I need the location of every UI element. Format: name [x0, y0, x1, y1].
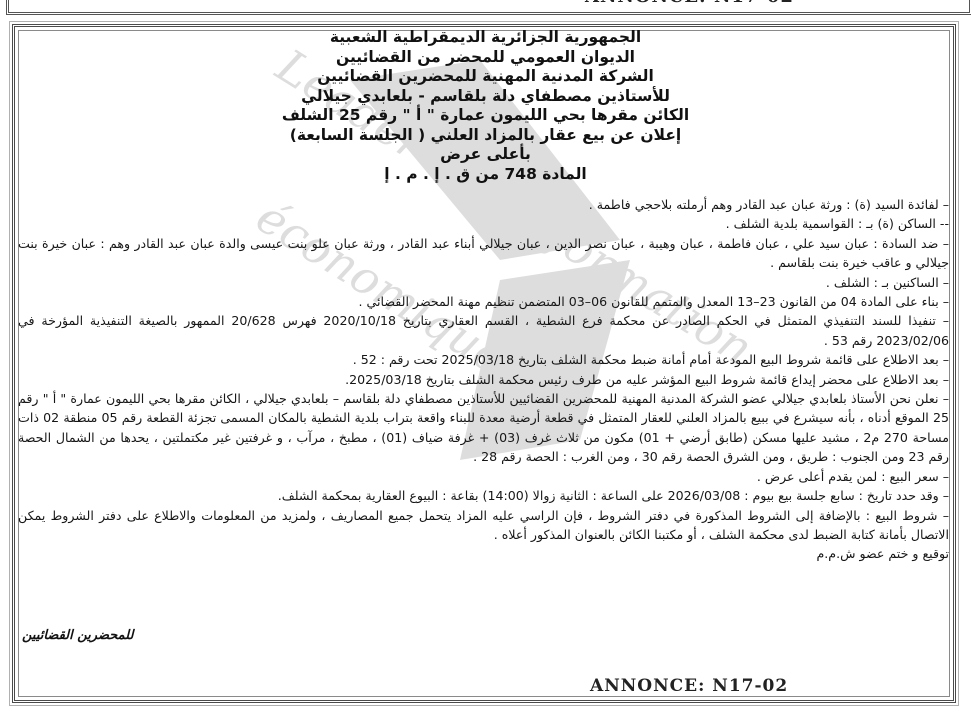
paragraph-beneficiary: – لفائدة السيد (ة) : ورثة عبان عبد القاد…: [18, 195, 949, 214]
footer-announce-number: ANNONCE: N17-02: [582, 676, 796, 696]
paragraph-conditions-list: – بعد الاطلاع على قائمة شروط البيع المود…: [18, 350, 949, 369]
paragraph-defendants-address: – الساكنين بـ : الشلف .: [18, 273, 949, 292]
announcement-body: – لفائدة السيد (ة) : ورثة عبان عبد القاد…: [18, 195, 949, 564]
header-office: الديوان العمومي للمحضر من القضائيين: [0, 48, 971, 68]
header-republic: الجمهورية الجزائرية الديمقراطية الشعبية: [0, 28, 971, 48]
header-auction-title: إعلان عن بيع عقار بالمزاد العلني ( الجلس…: [0, 126, 971, 146]
paragraph-legal-basis: – بناء على المادة 04 من القانون 23–13 ال…: [18, 292, 949, 311]
header-address: الكائن مقرها بحي الليمون عمارة " أ " رقم…: [0, 106, 971, 126]
paragraph-property-description: – نعلن نحن الأستاذ بلعابدي جيلالي عضو ال…: [18, 389, 949, 467]
paragraph-sale-price: – سعر البيع : لمن يقدم أعلى عرض .: [18, 467, 949, 486]
paragraph-beneficiary-address: -- الساكن (ة) بـ : القواسمية بلدية الشلف…: [18, 214, 949, 233]
header-highest-offer: بأعلى عرض: [0, 145, 971, 165]
paragraph-defendants: – ضد السادة : عبان سيد علي ، عبان فاطمة …: [18, 234, 949, 273]
paragraph-session-date: – وقد حدد تاريخ : سابع جلسة بيع بيوم : 2…: [18, 486, 949, 505]
paragraph-sale-conditions: – شروط البيع : بالإضافة إلى الشروط المذك…: [18, 506, 949, 545]
announcement-header: الجمهورية الجزائرية الديمقراطية الشعبية …: [0, 28, 971, 184]
header-bailiffs: للأستاذين مصطفاي دلة بلقاسم - بلعابدي جي…: [0, 87, 971, 107]
header-article: المادة 748 من ق . إ . م . إ: [0, 165, 971, 185]
footer: ANNONCE: N17-02: [12, 690, 956, 704]
paragraph-signature-note: توقيع و ختم عضو ش.م.م: [18, 544, 949, 563]
paragraph-deposit-report: – بعد الاطلاع على محضر إيداع قائمة شروط …: [18, 370, 949, 389]
header-company: الشركة المدنية المهنية للمحضرين القضائيي…: [0, 67, 971, 87]
previous-ad-frame: [6, 0, 971, 15]
signature-label: للمحضرين القضائيين: [22, 628, 133, 643]
paragraph-enforcement: – تنفيذا للسند التنفيذي المتمثل في الحكم…: [18, 311, 949, 350]
previous-ad-label: ANNONCE: N17-02: [575, 0, 804, 7]
